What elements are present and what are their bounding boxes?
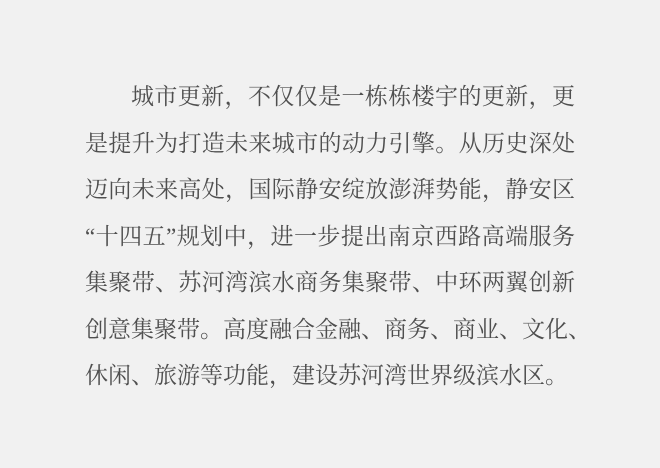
paragraph-line-1: 城市更新，不仅仅是一栋栋楼宇的更新，更 — [85, 74, 575, 121]
paragraph-line-4: “十四五”规划中，进一步提出南京西路高端服务 — [85, 214, 575, 261]
page-background: 城市更新，不仅仅是一栋栋楼宇的更新，更 是提升为打造未来城市的动力引擎。从历史深… — [0, 0, 660, 468]
paragraph-line-5: 集聚带、苏河湾滨水商务集聚带、中环两翼创新 — [85, 260, 575, 307]
paragraph-line-2: 是提升为打造未来城市的动力引擎。从历史深处 — [85, 121, 575, 168]
paragraph-line-7: 休闲、旅游等功能，建设苏河湾世界级滨水区。 — [85, 353, 575, 400]
article-paragraph: 城市更新，不仅仅是一栋栋楼宇的更新，更 是提升为打造未来城市的动力引擎。从历史深… — [85, 74, 575, 400]
paragraph-line-6: 创意集聚带。高度融合金融、商务、商业、文化、 — [85, 307, 575, 354]
paragraph-line-3: 迈向未来高处，国际静安绽放澎湃势能，静安区 — [85, 167, 575, 214]
